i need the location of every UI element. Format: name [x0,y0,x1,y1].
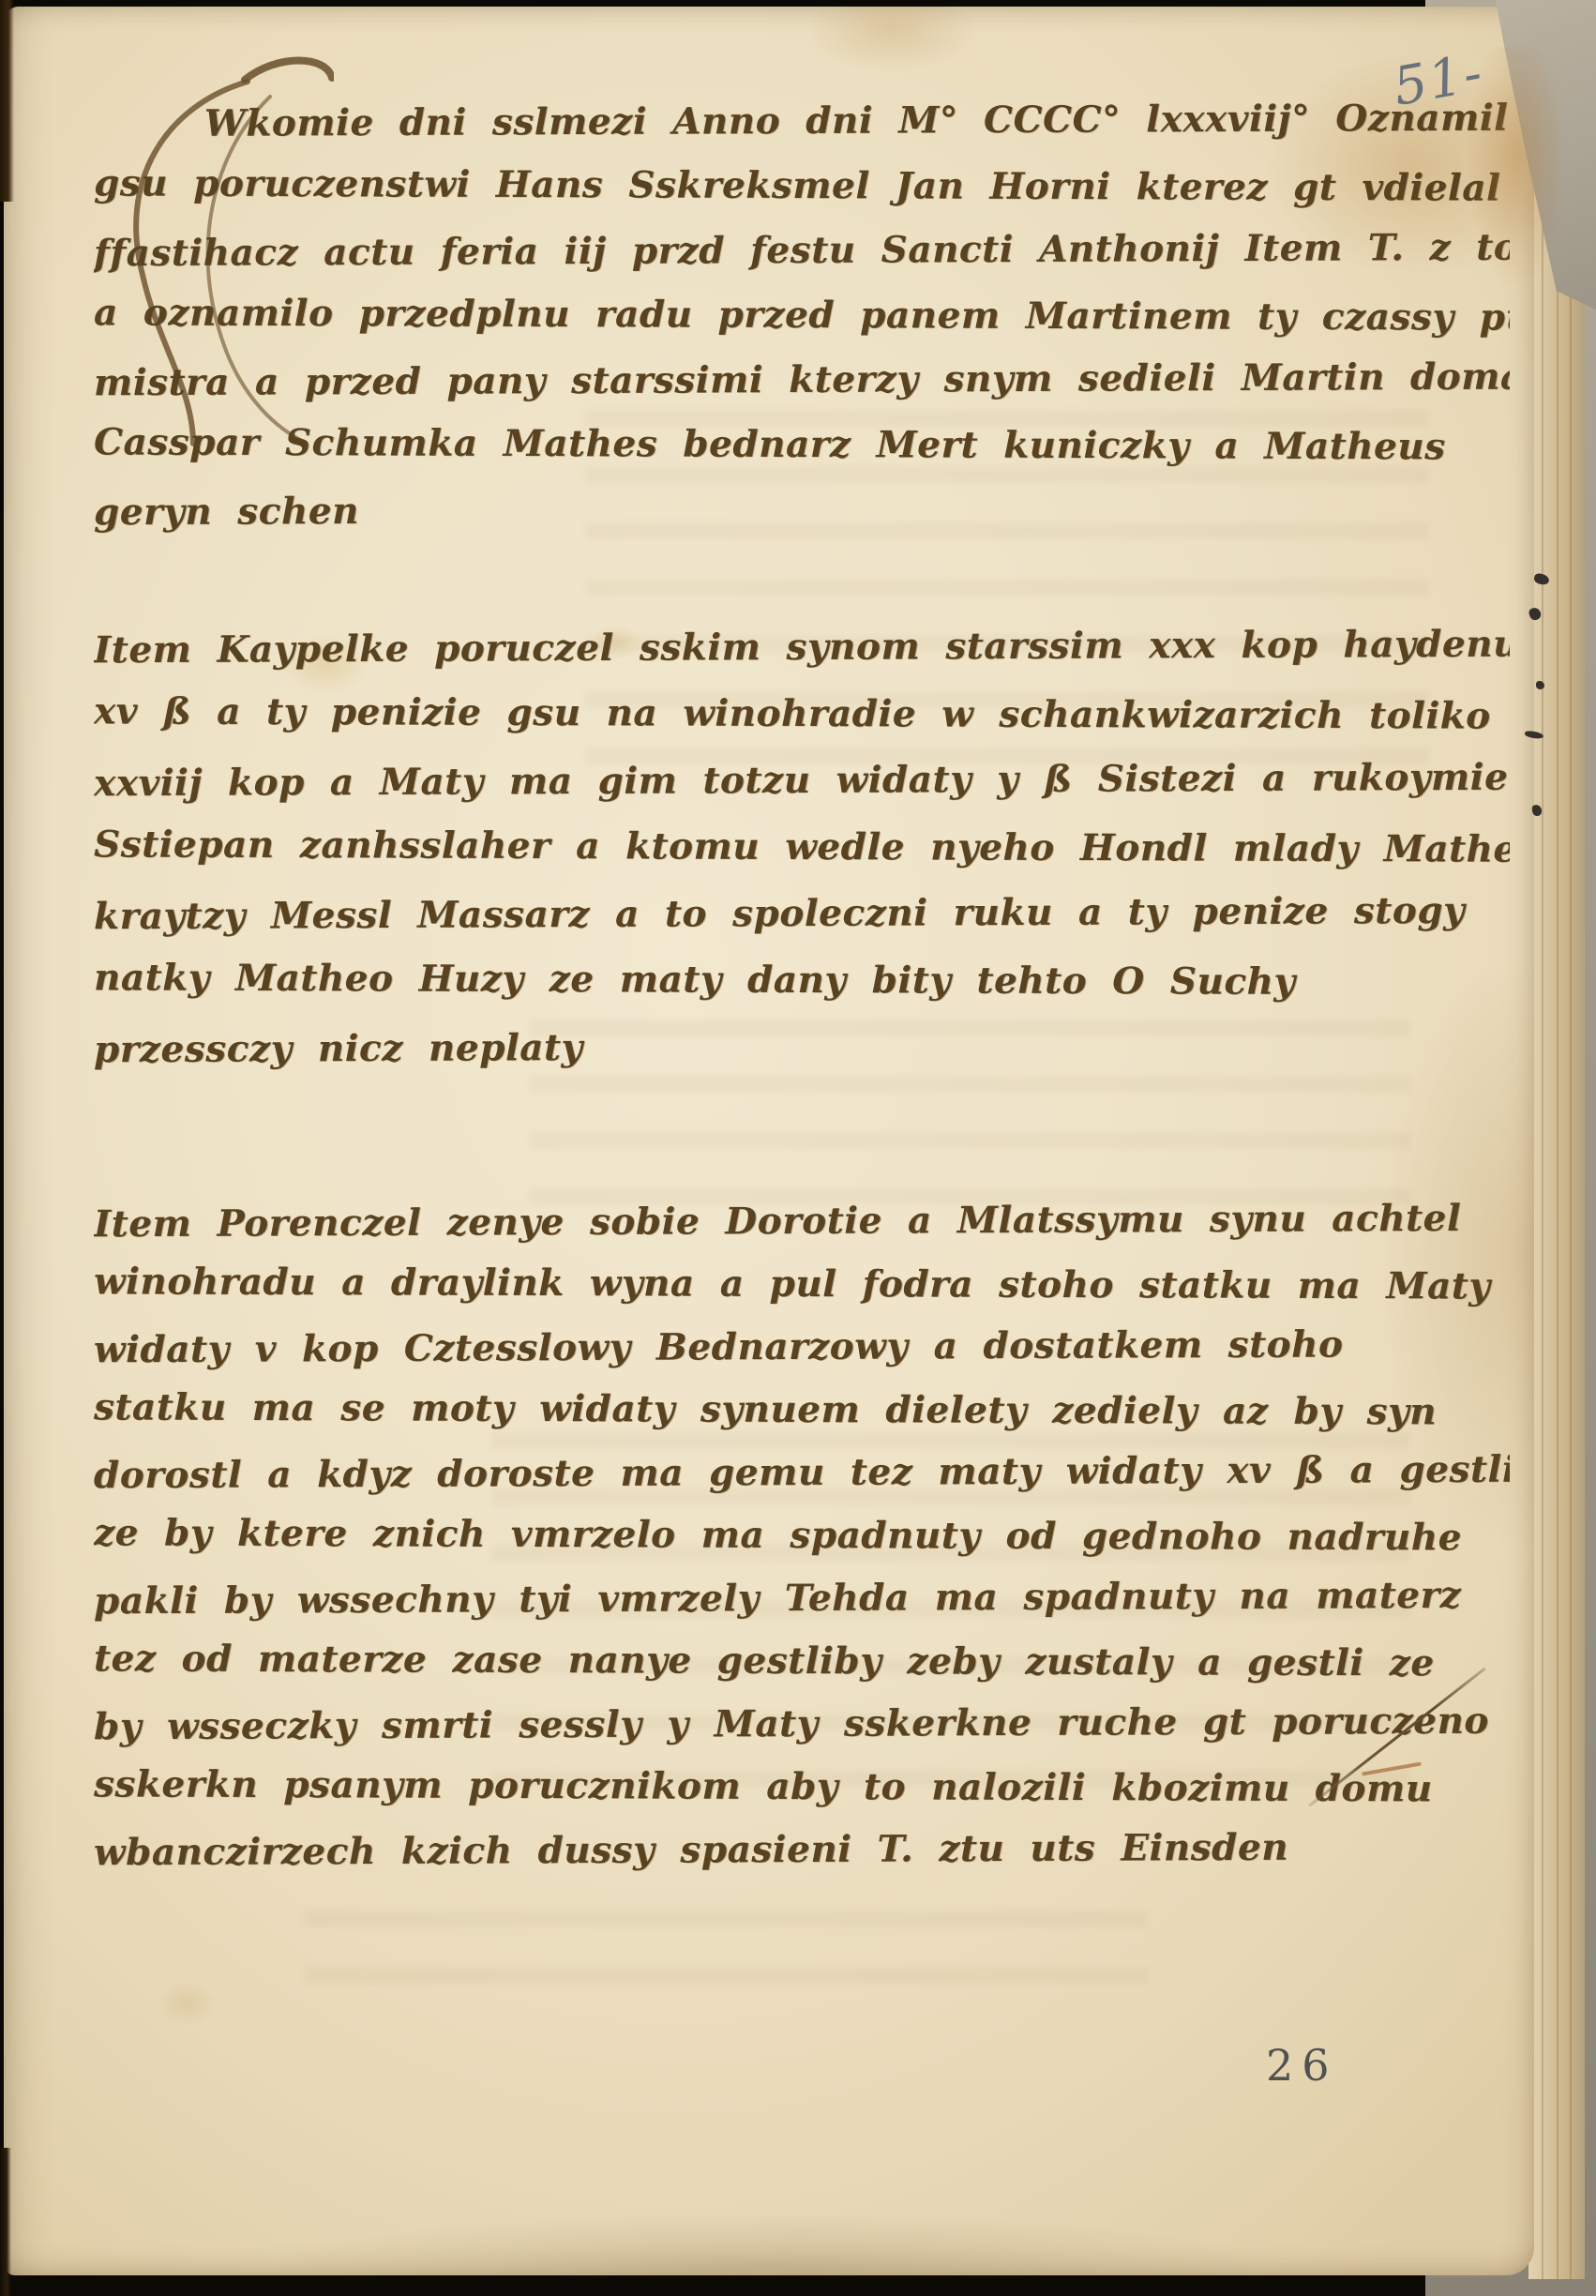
page-stamp-number: 26 [1266,2040,1338,2091]
fore-edge-crease [1542,8,1543,2279]
text-line: a oznamilo przedplnu radu przed panem Ma… [94,280,1510,350]
text-line: winohradu a draylink wyna a pul fodra st… [94,1250,1510,1318]
fore-edge-page-stack [1528,8,1585,2279]
binding-edge-bottom [0,2148,11,2296]
text-line: kraytzy Messl Massarz a to spoleczni ruk… [94,878,1510,951]
text-line: przessczy nicz neplaty [94,1011,1510,1080]
binding-edge-top [0,0,14,202]
manuscript-page: 51- Wkomie dni sslmezi Anno dni M° CCCC°… [4,7,1534,2275]
paragraph-2: Item Kaypelke poruczel sskim synom stars… [94,614,1510,1080]
text-line: widaty v kop Cztesslowy Bednarzowy a dos… [94,1313,1510,1382]
text-line: statku ma se moty widaty synuem dielety … [94,1376,1510,1443]
text-line: Wkomie dni sslmezi Anno dni M° CCCC° lxx… [94,89,1510,157]
text-line: tez od materze zase nanye gestliby zeby … [94,1627,1510,1695]
text-line: sskerkn psanym porucznikom aby to nalozi… [94,1753,1510,1820]
text-line: Item Kaypelke poruczel sskim synom stars… [94,614,1510,684]
text-line: ffastihacz actu feria iij przd festu San… [94,216,1510,287]
text-line: ze by ktere znich vmrzelo ma spadnuty od… [94,1502,1510,1569]
manuscript-scan: 51- Wkomie dni sslmezi Anno dni M° CCCC°… [0,0,1596,2296]
fore-edge-crease [1557,8,1558,2279]
text-line: by wsseczky smrti sessly y Maty sskerkne… [94,1690,1510,1760]
text-line: Casspar Schumka Mathes bednarz Mert kuni… [94,410,1510,479]
text-line: natky Matheo Huzy ze maty dany bity teht… [94,944,1510,1016]
paragraph-1: Wkomie dni sslmezi Anno dni M° CCCC° lxx… [94,89,1510,542]
fore-edge-crease [1570,8,1572,2279]
text-line: dorostl a kdyz doroste ma gemu tez maty … [94,1439,1510,1508]
text-line: Sstiepan zanhsslaher a ktomu wedle nyeho… [94,811,1510,883]
text-line: xxviij kop a Maty ma gim totzu widaty y … [94,745,1510,818]
text-line: Item Porenczel zenye sobie Dorotie a Mla… [94,1190,1510,1256]
fore-edge-ink-mark [1536,681,1544,689]
text-line: wbanczirzech kzich dussy spasieni T. ztu… [94,1816,1510,1881]
paragraph-3: Item Porenczel zenye sobie Dorotie a Mla… [94,1190,1510,1881]
text-line: xv ß a ty penizie gsu na winohradie w sc… [94,678,1510,749]
text-line: mistra a przed pany starssimi kterzy sny… [94,345,1510,416]
text-line: gsu poruczenstwi Hans Sskreksmel Jan Hor… [94,151,1510,220]
text-line: geryn schen [94,475,1510,542]
text-line: pakli by wssechny tyi vmrzely Tehda ma s… [94,1564,1510,1634]
ink-showthrough [304,1911,1148,2023]
